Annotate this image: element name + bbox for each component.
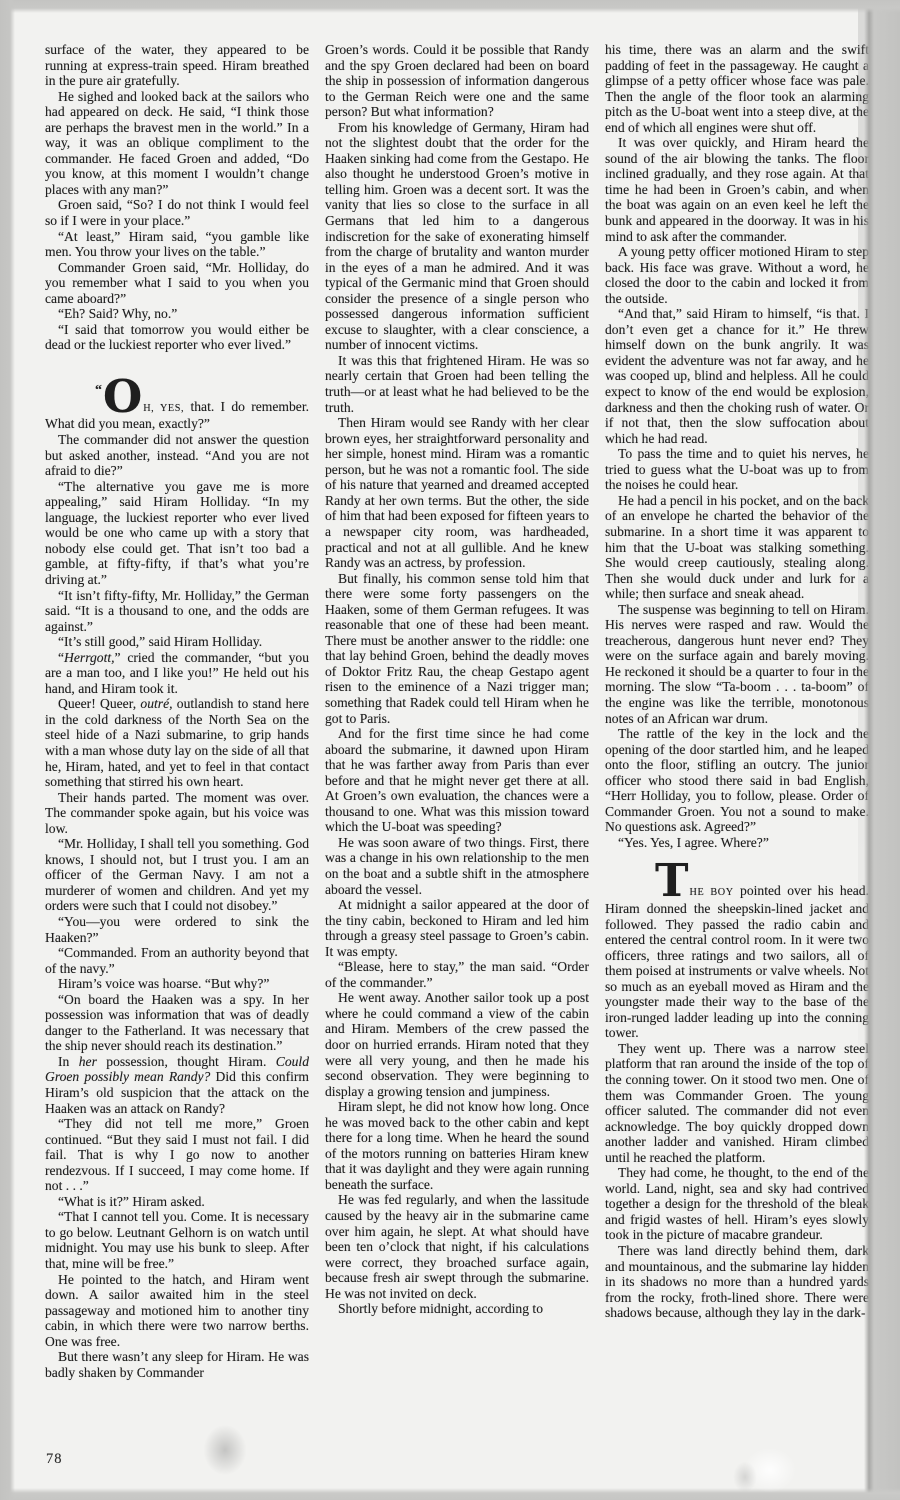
paragraph: “Herrgott,” cried the commander, “but yo… bbox=[45, 650, 309, 697]
paragraph: “On board the Haaken was a spy. In her p… bbox=[45, 992, 309, 1054]
paragraph: “What is it?” Hiram asked. bbox=[45, 1194, 309, 1210]
paragraph: his time, there was an alarm and the swi… bbox=[605, 42, 869, 135]
section-opening-paragraph: THE BOY pointed over his head. Hiram don… bbox=[605, 880, 869, 1040]
paragraph: They had come, he thought, to the end of… bbox=[605, 1165, 869, 1243]
paragraph: It was this that frightened Hiram. He wa… bbox=[325, 353, 589, 415]
paragraph: “You—you were ordered to sink the Haaken… bbox=[45, 914, 309, 945]
drop-cap-letter: T bbox=[655, 854, 690, 907]
paragraph: From his knowledge of Germany, Hiram had… bbox=[325, 120, 589, 353]
text-column-3: his time, there was an alarm and the swi… bbox=[605, 42, 869, 1450]
paragraph: They went up. There was a narrow steel p… bbox=[605, 1041, 869, 1165]
paragraph: Commander Groen said, “Mr. Holliday, do … bbox=[45, 260, 309, 307]
paragraph: “Blease, here to stay,” the man said. “O… bbox=[325, 959, 589, 990]
paragraph: “The alternative you gave me is more app… bbox=[45, 479, 309, 588]
paragraph: But finally, his common sense told him t… bbox=[325, 571, 589, 726]
paragraph: He had a pencil in his pocket, and on th… bbox=[605, 493, 869, 602]
small-caps-lead: H, YES, bbox=[143, 403, 184, 414]
paragraph: Shortly before midnight, according to bbox=[325, 1301, 589, 1317]
paragraph: The suspense was beginning to tell on Hi… bbox=[605, 602, 869, 726]
paragraph: But there wasn’t any sleep for Hiram. He… bbox=[45, 1349, 309, 1380]
paragraph: He went away. Another sailor took up a p… bbox=[325, 990, 589, 1099]
paragraph: Queer! Queer, outré, outlandish to stand… bbox=[45, 696, 309, 789]
paragraph: “Commanded. From an authority beyond tha… bbox=[45, 945, 309, 976]
text-column-1: surface of the water, they appeared to b… bbox=[45, 42, 309, 1450]
text-column-2: Groen’s words. Could it be possible that… bbox=[325, 42, 589, 1450]
paragraph: “They did not tell me more,” Groen conti… bbox=[45, 1116, 309, 1194]
small-caps-lead: HE BOY bbox=[690, 887, 734, 898]
paragraph: “And that,” said Hiram to himself, “is t… bbox=[605, 306, 869, 446]
paragraph: “I said that tomorrow you would either b… bbox=[45, 322, 309, 353]
opening-quote: “ bbox=[95, 383, 103, 398]
paragraph: Then Hiram would see Randy with her clea… bbox=[325, 415, 589, 570]
paragraph: To pass the time and to quiet his nerves… bbox=[605, 446, 869, 493]
paragraph: The commander did not answer the questio… bbox=[45, 432, 309, 479]
paragraph: He was soon aware of two things. First, … bbox=[325, 835, 589, 897]
paragraph: Groen’s words. Could it be possible that… bbox=[325, 42, 589, 120]
paragraph: And for the first time since he had come… bbox=[325, 726, 589, 835]
paragraph: Groen said, “So? I do not think I would … bbox=[45, 197, 309, 228]
paragraph: At midnight a sailor appeared at the doo… bbox=[325, 897, 589, 959]
drop-cap-letter: O bbox=[103, 370, 143, 423]
paragraph: He was fed regularly, and when the lassi… bbox=[325, 1192, 589, 1301]
paragraph: “It isn’t fifty-fifty, Mr. Holliday,” th… bbox=[45, 588, 309, 635]
book-page: surface of the water, they appeared to b… bbox=[0, 0, 900, 1500]
paragraph: In her possession, thought Hiram. Could … bbox=[45, 1054, 309, 1116]
paragraph: Hiram slept, he did not know how long. O… bbox=[325, 1099, 589, 1192]
page-number: 78 bbox=[46, 1451, 63, 1468]
text-columns: surface of the water, they appeared to b… bbox=[45, 42, 869, 1450]
paragraph: “Mr. Holliday, I shall tell you somethin… bbox=[45, 836, 309, 914]
paragraph: “At least,” Hiram said, “you gamble like… bbox=[45, 229, 309, 260]
paragraph: Their hands parted. The moment was over.… bbox=[45, 790, 309, 837]
paragraph: “Yes. Yes, I agree. Where?” bbox=[605, 835, 869, 851]
section-opening-paragraph: “OH, YES, that. I do remember. What did … bbox=[45, 383, 309, 432]
paragraph: A young petty officer motioned Hiram to … bbox=[605, 244, 869, 306]
paragraph: “That I cannot tell you. Come. It is nec… bbox=[45, 1209, 309, 1271]
paragraph: Hiram’s voice was hoarse. “But why?” bbox=[45, 976, 309, 992]
paragraph: It was over quickly, and Hiram heard the… bbox=[605, 135, 869, 244]
paragraph: “It’s still good,” said Hiram Holliday. bbox=[45, 634, 309, 650]
paragraph: The rattle of the key in the lock and th… bbox=[605, 726, 869, 835]
paragraph: There was land directly behind them, dar… bbox=[605, 1243, 869, 1321]
paragraph: He sighed and looked back at the sailors… bbox=[45, 89, 309, 198]
paragraph: surface of the water, they appeared to b… bbox=[45, 42, 309, 89]
paragraph: He pointed to the hatch, and Hiram went … bbox=[45, 1272, 309, 1350]
paragraph: “Eh? Said? Why, no.” bbox=[45, 306, 309, 322]
